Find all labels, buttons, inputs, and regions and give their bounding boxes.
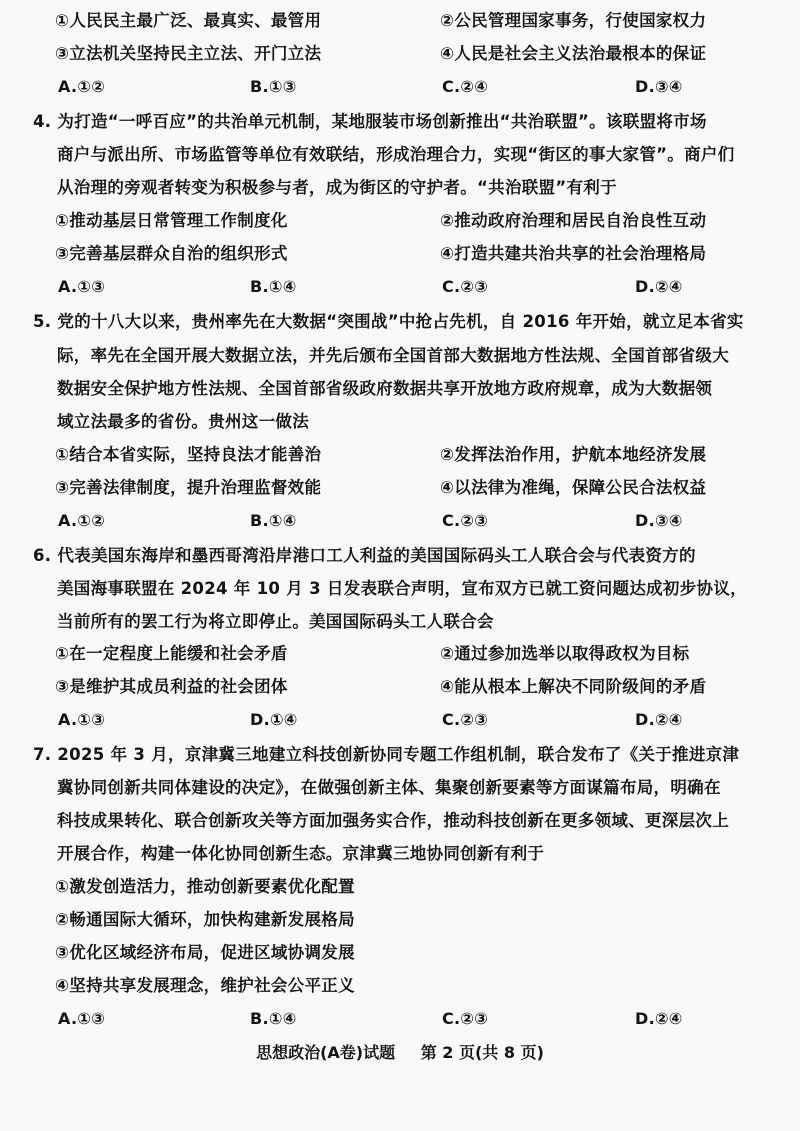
- q6-answer-c: C.②③: [442, 709, 488, 731]
- q5-answer-b: B.①④: [250, 510, 297, 532]
- q4-stem-line-1: 4. 为打造“一呼百应”的共治单元机制，某地服装市场创新推出“共治联盟”。该联盟…: [33, 111, 707, 133]
- q5-option-3: ③完善法律制度，提升治理监督效能: [55, 477, 321, 499]
- q7-option-1: ①激发创造活力，推动创新要素优化配置: [55, 876, 355, 898]
- page-footer: 思想政治(A卷)试题 第 2 页(共 8 页): [0, 1040, 800, 1063]
- q6-option-1: ①在一定程度上能缓和社会矛盾: [55, 643, 288, 665]
- q4-answer-a: A.①③: [58, 276, 105, 298]
- q5-option-1: ①结合本省实际，坚持良法才能善治: [55, 444, 321, 466]
- q6-answer-a: A.①③: [58, 709, 105, 731]
- q7-stem-line-3: 科技成果转化、联合创新攻关等方面加强务实合作，推动科技创新在更多领域、更深层次上: [57, 810, 729, 832]
- q6-answer-b: D.①④: [250, 709, 298, 731]
- q6-answer-d: D.②④: [635, 709, 683, 731]
- footer-subject: 思想政治(A卷)试题: [256, 1043, 395, 1062]
- q3-answer-c: C.②④: [442, 76, 488, 98]
- q3-option-4: ④人民是社会主义法治最根本的保证: [440, 43, 706, 65]
- q5-stem-line-1: 5. 党的十八大以来，贵州率先在大数据“突围战”中抢占先机，自 2016 年开始…: [33, 311, 744, 333]
- q5-stem-line-4: 域立法最多的省份。贵州这一做法: [57, 411, 309, 433]
- q7-answer-a: A.①③: [58, 1008, 105, 1030]
- footer-page-number: 第 2 页(共 8 页): [421, 1043, 544, 1062]
- q4-option-4: ④打造共建共治共享的社会治理格局: [440, 243, 706, 265]
- q7-answer-d: D.②④: [635, 1008, 683, 1030]
- q6-stem-line-2: 美国海事联盟在 2024 年 10 月 3 日发表联合声明，宣布双方已就工资问题…: [57, 578, 747, 600]
- q3-option-3: ③立法机关坚持民主立法、开门立法: [55, 43, 321, 65]
- q5-answer-c: C.②③: [442, 510, 488, 532]
- q4-stem-line-2: 商户与派出所、市场监管等单位有效联结，形成治理合力，实现“街区的事大家管”。商户…: [57, 144, 735, 166]
- q7-answer-c: C.②③: [442, 1008, 488, 1030]
- q6-stem-line-3: 当前所有的罢工行为将立即停止。美国国际码头工人联合会: [57, 611, 494, 633]
- q3-option-1: ①人民民主最广泛、最真实、最管用: [55, 10, 321, 32]
- q7-option-3: ③优化区域经济布局，促进区域协调发展: [55, 942, 355, 964]
- q7-answer-b: B.①④: [250, 1008, 297, 1030]
- q5-stem-line-2: 际，率先在全国开展大数据立法，并先后颁布全国首部大数据地方性法规、全国首部省级大: [57, 345, 729, 367]
- q3-answer-d: D.③④: [635, 76, 683, 98]
- q4-answer-c: C.②③: [442, 276, 488, 298]
- q3-answer-a: A.①②: [58, 76, 105, 98]
- q6-option-2: ②通过参加选举以取得政权为目标: [440, 643, 689, 665]
- q7-stem-line-2: 冀协同创新共同体建设的决定》，在做强创新主体、集聚创新要素等方面谋篇布局，明确在: [57, 777, 721, 799]
- q6-stem-line-1: 6. 代表美国东海岸和墨西哥湾沿岸港口工人利益的美国国际码头工人联合会与代表资方…: [33, 545, 696, 567]
- q5-stem-line-3: 数据安全保护地方性法规、全国首部省级政府数据共享开放地方政府规章，成为大数据领: [57, 378, 712, 400]
- exam-page: ①人民民主最广泛、最真实、最管用 ②公民管理国家事务，行使国家权力 ③立法机关坚…: [0, 0, 800, 1131]
- q7-stem-line-1: 7. 2025 年 3 月，京津冀三地建立科技创新协同专题工作组机制，联合发布了…: [33, 744, 739, 766]
- q6-option-3: ③是维护其成员利益的社会团体: [55, 676, 288, 698]
- q7-option-4: ④坚持共享发展理念，维护社会公平正义: [55, 975, 355, 997]
- q4-option-3: ③完善基层群众自治的组织形式: [55, 243, 288, 265]
- q5-option-2: ②发挥法治作用，护航本地经济发展: [440, 444, 706, 466]
- q6-option-4: ④能从根本上解决不同阶级间的矛盾: [440, 676, 706, 698]
- q4-stem-line-3: 从治理的旁观者转变为积极参与者，成为街区的守护者。“共治联盟”有利于: [57, 177, 617, 199]
- q3-answer-b: B.①③: [250, 76, 297, 98]
- q7-option-2: ②畅通国际大循环，加快构建新发展格局: [55, 909, 355, 931]
- q5-option-4: ④以法律为准绳，保障公民合法权益: [440, 477, 706, 499]
- q3-option-2: ②公民管理国家事务，行使国家权力: [440, 10, 706, 32]
- q4-answer-b: B.①④: [250, 276, 297, 298]
- q4-option-2: ②推动政府治理和居民自治良性互动: [440, 210, 706, 232]
- q5-answer-a: A.①②: [58, 510, 105, 532]
- q4-option-1: ①推动基层日常管理工作制度化: [55, 210, 288, 232]
- q5-answer-d: D.③④: [635, 510, 683, 532]
- q4-answer-d: D.②④: [635, 276, 683, 298]
- q7-stem-line-4: 开展合作，构建一体化协同创新生态。京津冀三地协同创新有利于: [57, 843, 544, 865]
